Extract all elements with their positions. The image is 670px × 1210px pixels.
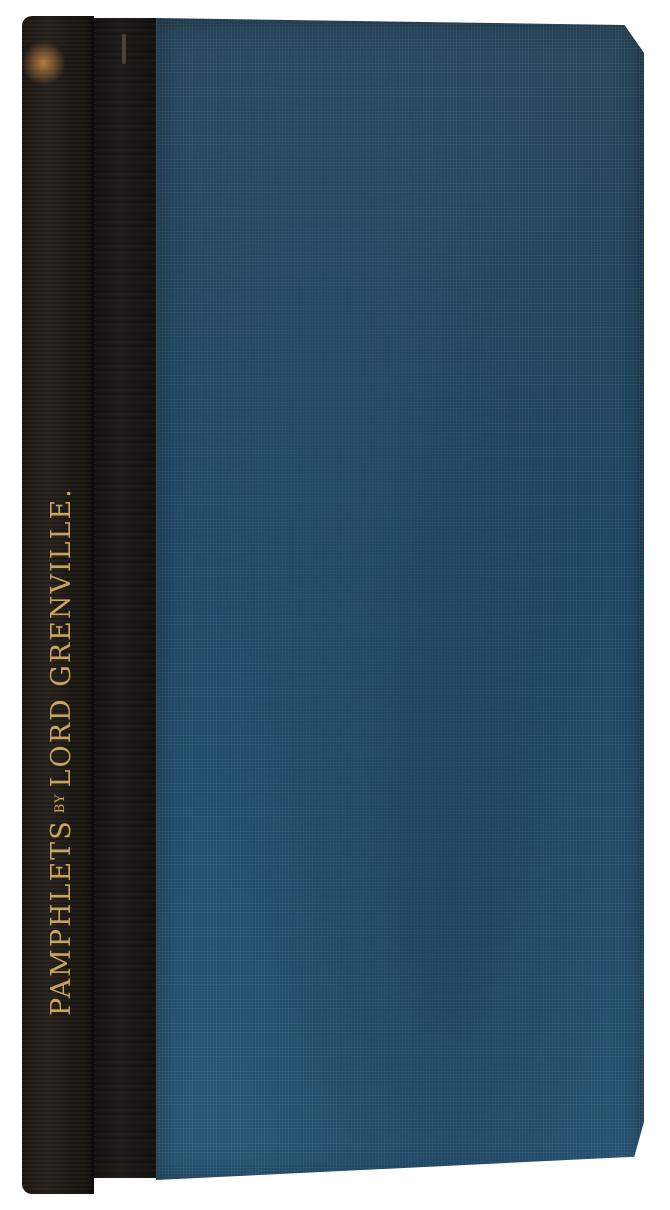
book-spine: PAMPHLETSBYLORD GRENVILLE.: [22, 16, 94, 1194]
board-joint-line: [156, 18, 158, 1180]
cloth-cover-board: [156, 18, 644, 1180]
leather-hinge-strip: [94, 18, 156, 1178]
spine-title-author: LORD GRENVILLE.: [46, 487, 77, 787]
book: PAMPHLETSBYLORD GRENVILLE.: [0, 0, 670, 1210]
spine-title-word-pamphlets: PAMPHLETS: [46, 819, 77, 1016]
spine-title-word-by: BY: [53, 793, 68, 813]
spine-title: PAMPHLETSBYLORD GRENVILLE.: [46, 487, 77, 1016]
photo-scene: PAMPHLETSBYLORD GRENVILLE. Half-leather …: [0, 0, 670, 1210]
hinge-wear-mark: [122, 34, 126, 64]
